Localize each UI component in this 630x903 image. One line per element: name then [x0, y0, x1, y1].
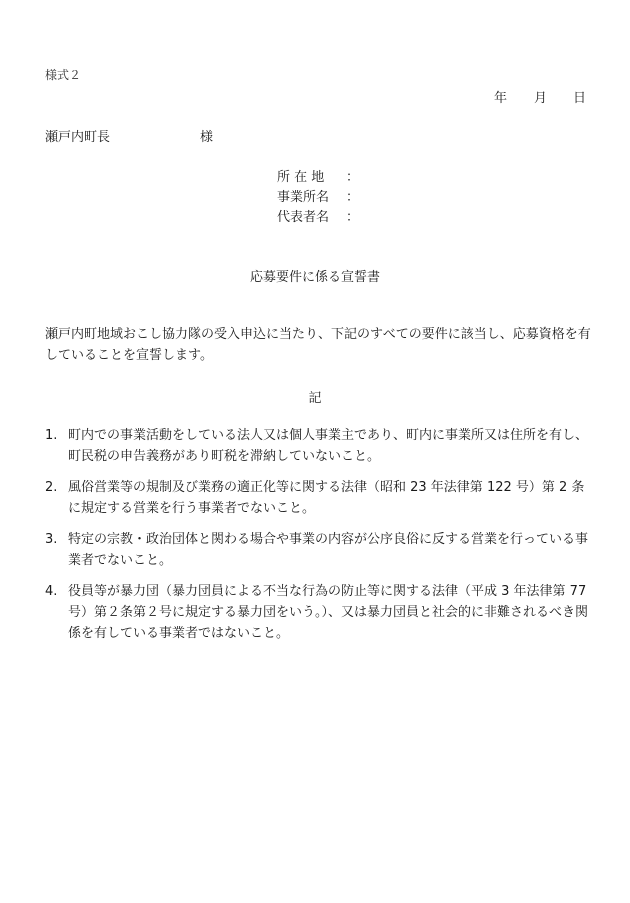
date-day: 日	[573, 87, 586, 106]
requirements-list: 1. 町内での事業活動をしている法人又は個人事業主であり、町内に事業所又は住所を…	[45, 425, 595, 654]
office-name-label: 事業所名	[277, 186, 329, 205]
item-text: 風俗営業等の規制及び業務の適正化等に関する法律（昭和 23 年法律第 122 号…	[68, 477, 595, 519]
list-item: 4. 役員等が暴力団（暴力団員による不当な行為の防止等に関する法律（平成 3 年…	[45, 581, 595, 644]
list-item: 3. 特定の宗教・政治団体と関わる場合や事業の内容が公序良俗に反する営業を行って…	[45, 529, 595, 571]
item-text: 役員等が暴力団（暴力団員による不当な行為の防止等に関する法律（平成 3 年法律第…	[68, 581, 595, 644]
item-number: 1.	[45, 425, 68, 467]
address-label: 所 在 地	[277, 166, 324, 185]
item-number: 3.	[45, 529, 68, 571]
representative-label: 代表者名	[277, 206, 329, 225]
form-number: 様式２	[45, 66, 81, 83]
list-item: 2. 風俗営業等の規制及び業務の適正化等に関する法律（昭和 23 年法律第 12…	[45, 477, 595, 519]
document-title: 応募要件に係る宣誓書	[0, 266, 630, 285]
recipient-honorific: 様	[200, 126, 213, 145]
date-year: 年	[494, 87, 507, 106]
item-text: 町内での事業活動をしている法人又は個人事業主であり、町内に事業所又は住所を有し、…	[68, 425, 595, 467]
item-number: 2.	[45, 477, 68, 519]
item-number: 4.	[45, 581, 68, 644]
ki-heading: 記	[0, 387, 630, 406]
intro-paragraph: 瀬戸内町地域おこし協力隊の受入申込に当たり、下記のすべての要件に該当し、応募資格…	[45, 324, 595, 366]
recipient-name: 瀬戸内町長	[45, 126, 110, 145]
representative-colon: ：	[346, 206, 359, 225]
list-item: 1. 町内での事業活動をしている法人又は個人事業主であり、町内に事業所又は住所を…	[45, 425, 595, 467]
item-text: 特定の宗教・政治団体と関わる場合や事業の内容が公序良俗に反する営業を行っている事…	[68, 529, 595, 571]
address-colon: ：	[346, 166, 359, 185]
office-name-colon: ：	[346, 186, 359, 205]
date-month: 月	[534, 87, 547, 106]
